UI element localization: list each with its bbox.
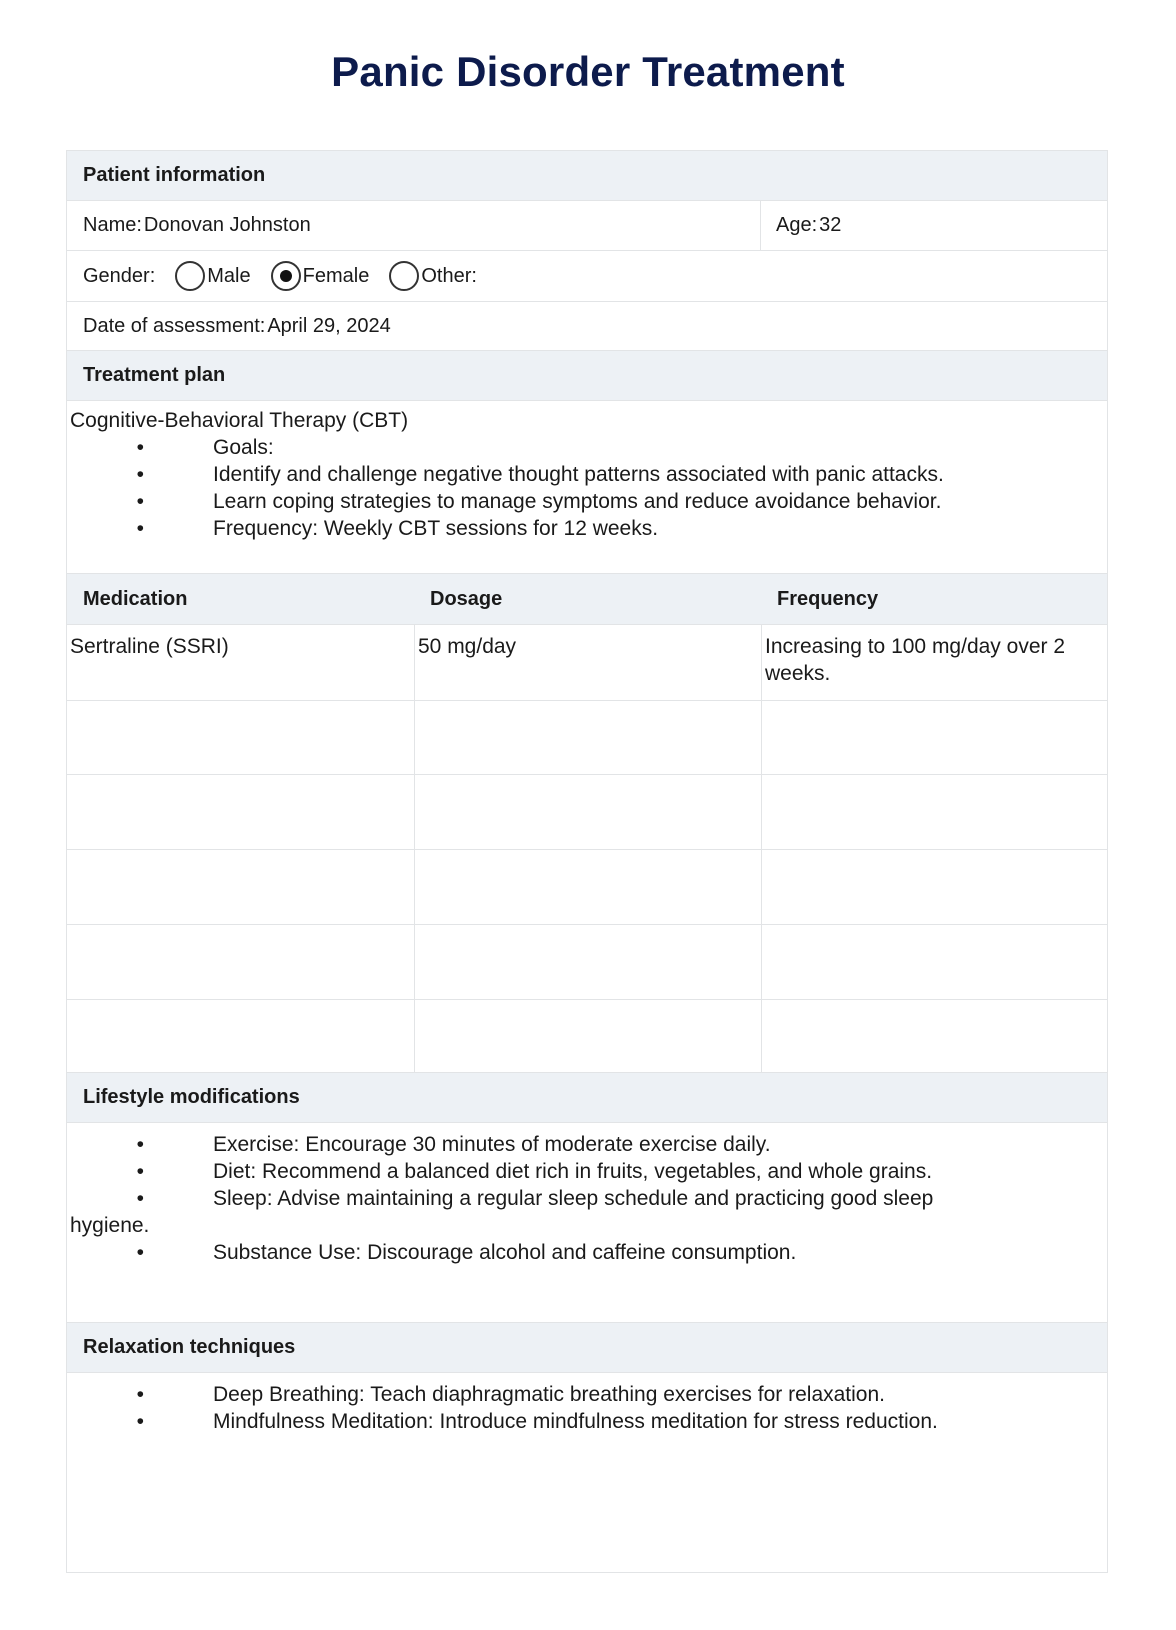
bullet-icon: • — [70, 461, 213, 488]
frequency-cell[interactable] — [761, 1000, 1108, 1072]
list-item-text: Mindfulness Meditation: Introduce mindfu… — [213, 1408, 938, 1435]
medication-cell[interactable] — [67, 925, 414, 999]
bullet-icon: • — [70, 1408, 213, 1435]
dosage-cell[interactable] — [414, 775, 761, 849]
section-header-patient-information: Patient information — [67, 151, 1107, 201]
list-item: •Learn coping strategies to manage sympt… — [70, 488, 1107, 515]
dosage-cell[interactable] — [414, 925, 761, 999]
medication-cell[interactable]: Sertraline (SSRI) — [67, 625, 414, 660]
list-item-text: Identify and challenge negative thought … — [213, 461, 944, 488]
treatment-intro: Cognitive-Behavioral Therapy (CBT) — [70, 407, 1107, 434]
frequency-cell[interactable]: Increasing to 100 mg/day over 2 weeks. — [762, 625, 1108, 687]
date-label: Date of assessment: — [83, 315, 265, 338]
column-divider — [760, 201, 761, 250]
bullet-icon: • — [70, 1381, 213, 1408]
radio-unchecked-icon — [389, 261, 419, 291]
table-row — [67, 701, 1107, 775]
medication-cell[interactable] — [67, 775, 414, 849]
gender-row: Gender: Male Female Other: — [67, 251, 1107, 302]
medication-cell[interactable] — [67, 850, 414, 924]
list-item: •Mindfulness Meditation: Introduce mindf… — [70, 1408, 1107, 1435]
name-label: Name: — [83, 214, 142, 237]
table-row — [67, 850, 1107, 925]
list-item-text: Substance Use: Discourage alcohol and ca… — [213, 1239, 796, 1266]
list-item-text: Sleep: Advise maintaining a regular slee… — [213, 1185, 933, 1212]
list-item: •Substance Use: Discourage alcohol and c… — [70, 1239, 1107, 1266]
table-row — [67, 775, 1107, 850]
bullet-icon: • — [70, 1131, 213, 1158]
age-label: Age: — [776, 214, 817, 237]
list-item: •Exercise: Encourage 30 minutes of moder… — [70, 1131, 1107, 1158]
radio-checked-icon — [271, 261, 301, 291]
dosage-cell[interactable]: 50 mg/day — [415, 625, 761, 660]
list-item-text: Learn coping strategies to manage sympto… — [213, 488, 941, 515]
table-row — [67, 925, 1107, 1000]
section-header-lifestyle-modifications: Lifestyle modifications — [67, 1073, 1107, 1123]
frequency-cell[interactable] — [761, 925, 1108, 999]
medication-table-header: Medication Dosage Frequency — [67, 574, 1107, 625]
treatment-plan-content[interactable]: Cognitive-Behavioral Therapy (CBT) •Goal… — [67, 401, 1107, 574]
date-row: Date of assessment: April 29, 2024 — [67, 302, 1107, 351]
dosage-cell[interactable] — [414, 1000, 761, 1072]
date-field[interactable]: April 29, 2024 — [267, 315, 390, 338]
table-row — [67, 1000, 1107, 1073]
list-item: •Goals: — [70, 434, 1107, 461]
list-item: •Identify and challenge negative thought… — [70, 461, 1107, 488]
gender-label: Gender: — [83, 265, 155, 288]
medication-cell[interactable] — [67, 701, 414, 774]
gender-option-label: Female — [303, 265, 370, 288]
table-row: Sertraline (SSRI) 50 mg/day Increasing t… — [67, 625, 1107, 701]
name-field[interactable]: Donovan Johnston — [144, 214, 311, 237]
column-header-dosage: Dosage — [414, 574, 761, 624]
age-cell: Age: 32 — [776, 201, 841, 250]
bullet-icon: • — [70, 1239, 213, 1266]
column-header-medication: Medication — [67, 574, 414, 624]
list-item: •Diet: Recommend a balanced diet rich in… — [70, 1158, 1107, 1185]
list-item: •Frequency: Weekly CBT sessions for 12 w… — [70, 515, 1107, 542]
bullet-icon: • — [70, 1185, 213, 1212]
list-item-continuation: hygiene. — [70, 1212, 1107, 1239]
gender-option-label: Male — [207, 265, 250, 288]
bullet-icon: • — [70, 488, 213, 515]
gender-radio-female[interactable]: Female — [271, 261, 370, 291]
treatment-form: Patient information Name: Donovan Johnst… — [66, 150, 1108, 1573]
frequency-cell[interactable] — [761, 850, 1108, 924]
age-field[interactable]: 32 — [819, 214, 841, 237]
gender-radio-other[interactable]: Other: — [389, 261, 477, 291]
relaxation-content[interactable]: •Deep Breathing: Teach diaphragmatic bre… — [67, 1373, 1107, 1572]
list-item-text: Exercise: Encourage 30 minutes of modera… — [213, 1131, 771, 1158]
medication-cell[interactable] — [67, 1000, 414, 1072]
column-header-frequency: Frequency — [761, 574, 1108, 624]
list-item: •Deep Breathing: Teach diaphragmatic bre… — [70, 1381, 1107, 1408]
bullet-icon: • — [70, 1158, 213, 1185]
frequency-cell[interactable] — [761, 775, 1108, 849]
list-item: •Sleep: Advise maintaining a regular sle… — [70, 1185, 1107, 1212]
bullet-icon: • — [70, 515, 213, 542]
page-title: Panic Disorder Treatment — [0, 48, 1176, 96]
list-item-text: Frequency: Weekly CBT sessions for 12 we… — [213, 515, 658, 542]
dosage-cell[interactable] — [414, 701, 761, 774]
dosage-cell[interactable] — [414, 850, 761, 924]
bullet-icon: • — [70, 434, 213, 461]
lifestyle-content[interactable]: •Exercise: Encourage 30 minutes of moder… — [67, 1123, 1107, 1323]
list-item-text: Deep Breathing: Teach diaphragmatic brea… — [213, 1381, 885, 1408]
gender-option-label: Other: — [421, 265, 477, 288]
name-age-row: Name: Donovan Johnston Age: 32 — [67, 201, 1107, 251]
list-item-text: Goals: — [213, 434, 274, 461]
section-header-relaxation-techniques: Relaxation techniques — [67, 1323, 1107, 1373]
gender-radio-male[interactable]: Male — [175, 261, 250, 291]
frequency-cell[interactable] — [761, 701, 1108, 774]
list-item-text: Diet: Recommend a balanced diet rich in … — [213, 1158, 932, 1185]
radio-unchecked-icon — [175, 261, 205, 291]
section-header-treatment-plan: Treatment plan — [67, 351, 1107, 401]
